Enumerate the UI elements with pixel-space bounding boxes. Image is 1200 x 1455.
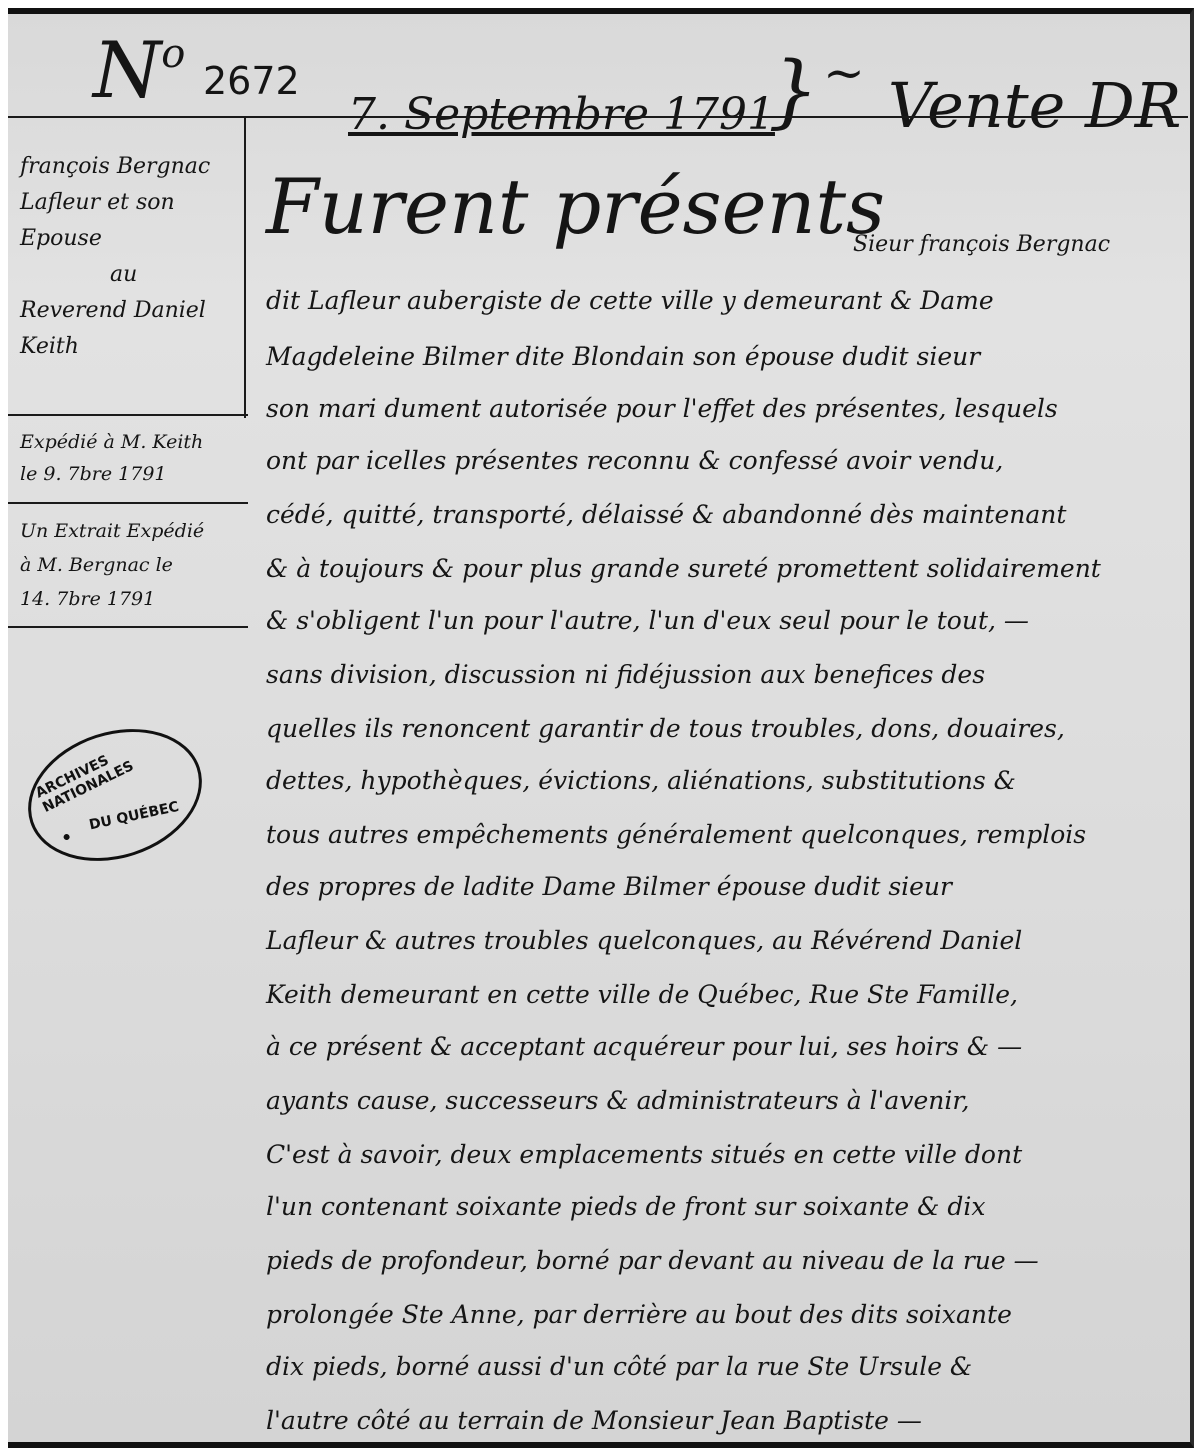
flourish-mark: ~ bbox=[823, 44, 865, 102]
margin-note-extract: Un Extrait Expédié à M. Bergnac le 14. 7… bbox=[20, 514, 204, 616]
body-line: ayants cause, successeurs & administrate… bbox=[266, 1086, 970, 1115]
body-line: Sieur françois Bergnac bbox=[853, 232, 1110, 257]
margin-line: le 9. 7bre 1791 bbox=[20, 458, 203, 490]
margin-divider-3 bbox=[8, 626, 248, 628]
margin-line: Lafleur et son bbox=[20, 185, 210, 221]
act-date: 7. Septembre 1791 bbox=[348, 89, 775, 140]
margin-line: Reverend Daniel bbox=[20, 293, 210, 329]
margin-line: Expédié à M. Keith bbox=[20, 426, 203, 458]
body-line: l'autre côté au terrain de Monsieur Jean… bbox=[266, 1406, 922, 1435]
act-title: Vente DR bbox=[888, 69, 1181, 142]
body-line: & à toujours & pour plus grande sureté p… bbox=[266, 554, 1101, 583]
body-line: prolongée Ste Anne, par derrière au bout… bbox=[266, 1300, 1012, 1329]
margin-line: à M. Bergnac le bbox=[20, 548, 204, 582]
body-line: tous autres empêchements généralement qu… bbox=[266, 820, 1086, 849]
body-line: l'un contenant soixante pieds de front s… bbox=[266, 1192, 985, 1221]
body-line: & s'obligent l'un pour l'autre, l'un d'e… bbox=[266, 606, 1029, 635]
margin-line: Un Extrait Expédié bbox=[20, 514, 204, 548]
brace-mark: } bbox=[768, 44, 819, 137]
body-line: cédé, quitté, transporté, délaissé & aba… bbox=[266, 500, 1066, 529]
body-line: C'est à savoir, deux emplacements situés… bbox=[266, 1140, 1022, 1169]
margin-rule bbox=[244, 118, 246, 418]
margin-note-dispatch: Expédié à M. Keith le 9. 7bre 1791 bbox=[20, 426, 203, 490]
body-line: quelles ils renoncent garantir de tous t… bbox=[266, 714, 1065, 743]
body-line: Keith demeurant en cette ville de Québec… bbox=[266, 980, 1018, 1009]
body-line: dix pieds, borné aussi d'un côté par la … bbox=[266, 1352, 972, 1381]
archives-stamp: ARCHIVES NATIONALES DU QUÉBEC bbox=[11, 708, 219, 883]
margin-divider-1 bbox=[8, 414, 248, 416]
body-line: dettes, hypothèques, évictions, aliénati… bbox=[266, 766, 1016, 795]
notarial-number-label: No bbox=[93, 26, 185, 116]
body-line: ont par icelles présentes reconnu & conf… bbox=[266, 446, 1003, 475]
body-line: des propres de ladite Dame Bilmer épouse… bbox=[266, 872, 952, 901]
header-rule bbox=[8, 116, 1188, 118]
body-line: sans division, discussion ni fidéjussion… bbox=[266, 660, 985, 689]
body-line: dit Lafleur aubergiste de cette ville y … bbox=[266, 286, 994, 315]
body-line: à ce présent & acceptant acquéreur pour … bbox=[266, 1032, 1022, 1061]
body-line: Lafleur & autres troubles quelconques, a… bbox=[266, 926, 1022, 955]
stamp-text-bottom: DU QUÉBEC bbox=[88, 799, 181, 834]
body-line: Magdeleine Bilmer dite Blondain son épou… bbox=[266, 342, 980, 371]
stamp-dot bbox=[63, 833, 71, 841]
margin-line: au bbox=[20, 257, 210, 293]
document-page: No 2672 7. Septembre 1791 } ~ Vente DR f… bbox=[8, 8, 1194, 1448]
margin-line: Keith bbox=[20, 329, 210, 365]
margin-line: françois Bergnac bbox=[20, 149, 210, 185]
body-line: pieds de profondeur, borné par devant au… bbox=[266, 1246, 1039, 1275]
margin-divider-2 bbox=[8, 502, 248, 504]
margin-line: Epouse bbox=[20, 221, 210, 257]
body-line: son mari dument autorisée pour l'effet d… bbox=[266, 394, 1058, 423]
margin-line: 14. 7bre 1791 bbox=[20, 582, 204, 616]
act-number: 2672 bbox=[203, 59, 300, 103]
opening-words: Furent présents bbox=[266, 162, 885, 251]
margin-parties: françois Bergnac Lafleur et son Epouse a… bbox=[20, 149, 210, 365]
